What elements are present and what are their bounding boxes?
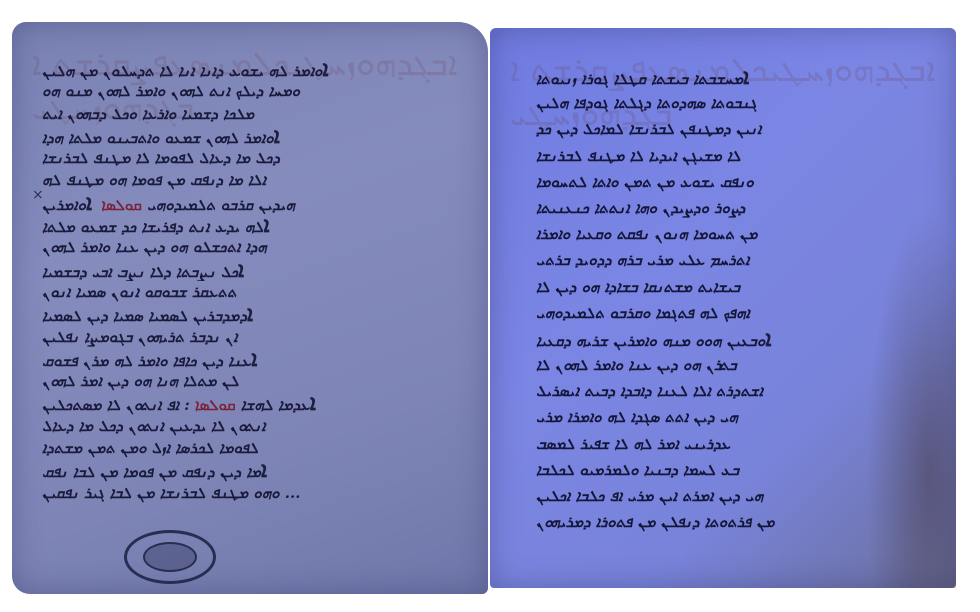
script-line: ܐܘܐܡܪ ܠܗ ܝܫܘܥ ܕܐܢܐ ܐܢܐ ܠܐ ܬܕܚܠܘܢ ܡܢ ܗܠܝܢ (42, 58, 462, 80)
script-line: ܒܝܫܐܝܬ ܡܫܬܢܩܐ ܒܫܐܕܐ ܗܘ ܕܝܢ ܠܐ (536, 274, 916, 300)
left-folio: ܐܒܓܕܗܘܙܚܛܝܟܠܡܢܣܥܦܨܩܪܫܬ ܐܒܓܕܗܘܙܚܛܝ ܐܘܐܡܪ … (12, 22, 488, 594)
script-line: ܡܠܟܐ ܕܫܡܝܐ ܘܐܪܥܐ ܘܟܠ ܕܒܗܘܢ ܐܝܬ (42, 103, 462, 125)
script-line: ܐܡܐ ܕܝܢ ܕܢܦܩ ܡܢ ܦܘܡܐ ܡܢ ܠܒܐ ܢܦܩ (42, 459, 462, 481)
script-line: ܒܥ ܠܚܡܐ ܕܒܢܝܐ ܘܠܡܪܡܝܘ ܠܟܠܒܐ (536, 457, 916, 483)
script-line: ܗܝܕܝܢ ܩܪܒܘ ܬܠܡܝܕܘܗܝ ܩܘܠܣܐ ܐܘܐܡܪܝܢ (42, 192, 462, 214)
script-line: ܬܬܥܩܪ ܫܒܘܩܘ ܐܢܘܢ ܣܡܝܐ ܐܢܘܢ (42, 281, 462, 303)
script-line: ܐܠܗ ܝܕܥ ܐܢܬ ܕܦܪܝܫܐ ܟܕ ܫܡܥܘ ܡܠܬܐ (42, 214, 462, 236)
script-line: ܠܐ ܡܫܝܓܢ ܐܝܕܝܐ ܠܐ ܡܛܢܦ ܠܒܪܢܫܐ (536, 143, 916, 169)
script-line: ܗܝ ܕܝܢ ܐܬܬ ܣܓܕܐ ܠܗ ܘܐܡܪܐ ܡܪܝ (536, 404, 916, 430)
script-line: ܒܬܪܢ ܗܘ ܕܝܢ ܥܢܐ ܘܐܡܪ ܠܗܘܢ ܠܐ (536, 352, 916, 378)
left-text-column: ܐܘܐܡܪ ܠܗ ܝܫܘܥ ܕܐܢܐ ܐܢܐ ܠܐ ܬܕܚܠܘܢ ܡܢ ܗܠܝܢ… (42, 58, 462, 504)
library-stamp (124, 530, 216, 584)
script-line: ܕܟܠ ܡܐ ܕܥܐܠ ܠܦܘܡܐ ܠܐ ܡܛܢܦ ܠܒܪܢܫܐ (42, 147, 462, 169)
right-text-column: ܐܡܚܫܒܬܐ ܒܝܫܬܐ ܩܛܠܐ ܓܘܪܐ ܙܢܝܘܬܐ ܓܢܒܘܬܐ ܣܗ… (536, 64, 916, 535)
script-line: ܘܡܚܐ ܕܝܠܟ ܐܢܬ ܠܗܘܢ ܘܐܡܪ ܠܗܘܢ ܡܢܘ ܗܘ (42, 80, 462, 102)
script-line: ܘܗܘ ܡܛܢܦ ܠܒܪܢܫܐ ܡܢ ܠܒܐ ܓܝܪ ܢܦܩܝܢ ... (42, 482, 462, 504)
script-line: ܠܢ ܡܬܠܐ ܗܢܐ ܗܘ ܕܝܢ ܐܡܪ ܠܗܘܢ (42, 370, 462, 392)
script-line: ܐܫܬܕܪܬ ܐܠܐ ܠܥܢܐ ܕܐܒܕܐ ܕܒܝܬ ܐܝܣܪܝܠ (536, 378, 916, 404)
script-line: ܐܗܦܟ ܠܗ ܦܬܓܡܐ ܘܩܪܒܘ ܬܠܡܝܕܘܗܝ (536, 300, 916, 326)
script-line: ܐܟܠ ܢܨܒܬܐ ܕܠܐ ܢܨܒ ܐܒܝ ܕܒܫܡܝܐ (42, 259, 462, 281)
script-line: ܐܕܡܕܒܪܝܢ ܠܣܡܝܐ ܣܡܝܐ ܕܝܢ ܠܣܡܝܐ (42, 303, 462, 325)
script-line: ܐܘܐܡܪ ܠܗܘܢ ܫܡܥܘ ܘܐܬܒܝܢܘ ܡܠܬܐ ܗܕܐ (42, 125, 462, 147)
script-line: ܥܕܪܝܢܝ ܐܡܪ ܠܗ ܠܐ ܫܦܝܪ ܠܡܣܒ (536, 431, 916, 457)
script-line: ܘܢܦܩ ܝܫܘܥ ܡܢ ܬܡܢ ܘܐܬܐ ܠܬܚܘܡܐ (536, 169, 916, 195)
margin-mark: × (32, 187, 44, 203)
script-line: ܐܬܪܚܡ ܥܠܝ ܡܪܝ ܒܪܗ ܕܕܘܝܕ ܒܪܬܝ (536, 247, 916, 273)
script-line: ܗܕܐ ܐܬܟܫܠܘ ܗܘ ܕܝܢ ܥܢܐ ܘܐܡܪ ܠܗܘܢ (42, 236, 462, 258)
script-line: ܐܡܚܫܒܬܐ ܒܝܫܬܐ ܩܛܠܐ ܓܘܪܐ ܙܢܝܘܬܐ (536, 64, 916, 90)
script-line: ܐܥܢܐ ܕܝܢ ܟܐܦܐ ܘܐܡܪ ܠܗ ܡܪܢ ܦܫܘܩ (42, 348, 462, 370)
script-line: ܡܢ ܬܚܘܡܐ ܗܢܘܢ ܢܦܩܬ ܘܩܥܝܐ ܘܐܡܪܐ (536, 221, 916, 247)
script-line: ܐܘܒܥܝܢ ܗܘܘ ܡܢܗ ܘܐܡܪܝܢ ܫܪܝܗ ܕܩܥܝܐ (536, 326, 916, 352)
script-line: ܐܢ ܢܕܒܪ ܬܪܝܗܘܢ ܒܓܘܡܨܐ ܢܦܠܝܢ (42, 326, 462, 348)
script-line: ܐܠܐ ܡܐ ܕܢܦܩ ܡܢ ܦܘܡܐ ܗܘ ܡܛܢܦ ܠܗ (42, 169, 462, 191)
script-line: ܐܢܬܘܢ ܠܐ ܝܕܥܝܢ ܐܢܬܘܢ ܕܟܠ ܡܐ ܕܥܐܠ (42, 415, 462, 437)
right-folio: ܐܒܓܕܗܘܙܚܛܝܟܠܡܢܣܥܦܨܩܪܫܬ ܐܒܓܕܗܘܙܚܛܝ ܐܡܚܫܒܬ… (490, 28, 956, 588)
stamp-emblem-icon (143, 542, 197, 572)
script-line: ܐܢܝܢ ܕܡܛܢܦܢ ܠܒܪܢܫܐ ܠܡܐܟܠ ܕܝܢ ܟܕ (536, 116, 916, 142)
script-line: ܕܨܘܪ ܘܕܨܝܕܢ ܘܗܐ ܐܢܬܬܐ ܟܢܥܢܝܬܐ (536, 195, 916, 221)
script-line: ܠܦܘܡܐ ܠܟܪܣܐ ܐܙܠ ܘܡܢ ܬܡܢ ܡܫܬܕܐ (42, 437, 462, 459)
script-line: ܗܝ ܕܝܢ ܐܡܪܬ ܐܝܢ ܡܪܝ ܐܦ ܟܠܒܐ ܐܟܠܝܢ (536, 483, 916, 509)
script-line: ܐܥܕܡܐ ܠܗܫܐ ܩܘܠܣܐ : ܐܦ ܐܢܬܘܢ ܠܐ ܡܣܬܟܠܝܢ (42, 392, 462, 414)
script-line: ܓܢܒܘܬܐ ܣܗܕܘܬܐ ܕܓܠܬܐ ܓܘܕܦܐ ܗܠܝܢ (536, 90, 916, 116)
script-line: ܡܢ ܦܪܬܘܬܐ ܕܢܦܠܢ ܡܢ ܦܬܘܪܐ ܕܡܪܝܗܘܢ (536, 509, 916, 535)
